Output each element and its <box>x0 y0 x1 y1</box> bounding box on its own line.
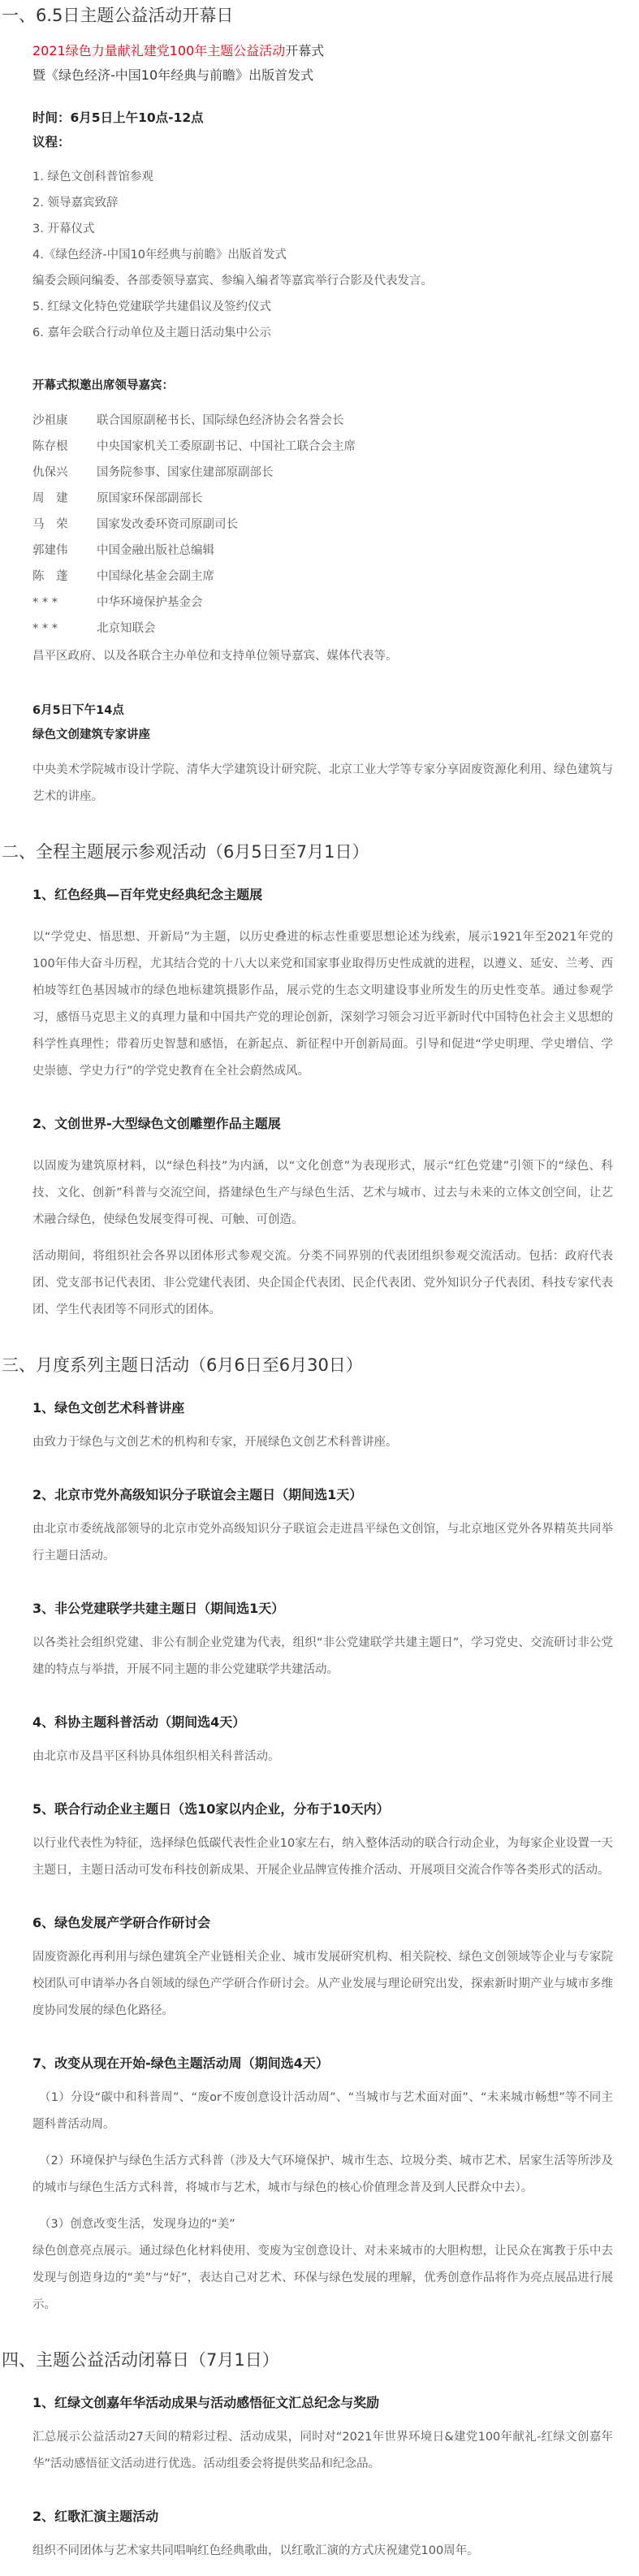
agenda-item-note: 编委会顾问编委、各部委领导嘉宾、参编入编者等嘉宾举行合影及代表发言。 <box>32 268 613 294</box>
theme-day-title: 6、绿色发展产学研合作研讨会 <box>32 1912 613 1934</box>
guest-row: 郭建伟中国金融出版社总编辑 <box>32 538 613 564</box>
agenda-list: 1. 绿色文创科普馆参观 2. 领导嘉宾致辞 3. 开幕仪式 4.《绿色经济-中… <box>32 164 613 346</box>
section-4-heading: 四、主题公益活动闭幕日（7月1日） <box>0 2346 639 2374</box>
closing-item-paragraph: 汇总展示公益活动27天间的精彩过程、活动成果，同时对“2021年世界环境日&建党… <box>32 2424 613 2478</box>
theme-day-title: 3、非公党建联学共建主题日（期间选1天） <box>32 1597 613 1620</box>
theme-day-paragraph: 以各类社会组织党建、非公有制企业党建为代表，组织“非公党建联学共建主题日”，学习… <box>32 1630 613 1683</box>
guests-note: 昌平区政府、以及各联合主办单位和支持单位领导嘉宾、媒体代表等。 <box>32 642 613 671</box>
event-title: 2021绿色力量献礼建党100年主题公益活动开幕式 <box>32 39 613 63</box>
exhibit-paragraph: 以“学党史、悟思想、开新局”为主题，以历史叠进的标志性重要思想论述为线索，展示1… <box>32 924 613 1085</box>
agenda-item: 2. 领导嘉宾致辞 <box>32 190 613 216</box>
section-3-heading: 三、月度系列主题日活动（6月6日至6月30日） <box>0 1351 639 1379</box>
agenda-label: 议程： <box>32 130 613 154</box>
guest-title: 原国家环保部副部长 <box>97 486 613 512</box>
theme-day-paragraph: 由北京市及昌平区科协具体组织相关科普活动。 <box>32 1744 613 1770</box>
guest-row: 仇保兴国务院参事、国家住建部原副部长 <box>32 460 613 486</box>
theme-day-paragraph: 由致力于绿色与文创艺术的机构和专家，开展绿色文创艺术科普讲座。 <box>32 1429 613 1456</box>
guest-title: 联合国原副秘书长、国际绿色经济协会名誉会长 <box>97 408 613 434</box>
guest-title: 国家发改委环资司原副司长 <box>97 512 613 538</box>
exhibit-paragraph: 以固废为建筑原材料，以“绿色科技”为内涵，以“文化创意”为表现形式，展示“红色党… <box>32 1153 613 1234</box>
event-subtitle: 暨《绿色经济-中国10年经典与前瞻》出版首发式 <box>32 63 613 88</box>
guest-name: * * * <box>32 590 97 616</box>
guest-name: 仇保兴 <box>32 460 97 486</box>
guest-title: 中华环境保护基金会 <box>97 590 613 616</box>
guest-title: 国务院参事、国家住建部原副部长 <box>97 460 613 486</box>
exhibit-title: 2、文创世界-大型绿色文创雕塑作品主题展 <box>32 1113 613 1135</box>
guest-row: * * *北京知联会 <box>32 616 613 642</box>
closing-item-title: 2、红歌汇演主题活动 <box>32 2505 613 2528</box>
guest-row: 陈 蓬中国绿化基金会副主席 <box>32 564 613 590</box>
theme-day-title: 4、科协主题科普活动（期间选4天） <box>32 1711 613 1734</box>
guest-name: 沙祖康 <box>32 408 97 434</box>
exhibit-paragraph: 活动期间，将组织社会各界以团体形式参观交流。分类不同界别的代表团组织参观交流活动… <box>32 1243 613 1324</box>
afternoon-desc: 中央美术学院城市设计学院、清华大学建筑设计研究院、北京工业大学等专家分享固废资源… <box>32 757 613 810</box>
theme-week-sub-1: （1）分设“碳中和科普周”、“废or不废创意设计活动周”、“当城市与艺术面对面”… <box>32 2085 613 2138</box>
guest-name: * * * <box>32 616 97 642</box>
closing-item-paragraph: 组织不同团体与艺术家共同唱响红色经典歌曲，以红歌汇演的方式庆祝建党100周年。 <box>32 2538 613 2565</box>
event-title-highlight: 2021绿色力量献礼建党100年主题公益活动 <box>32 43 285 58</box>
section-3-body: 1、绿色文创艺术科普讲座 由致力于绿色与文创艺术的机构和专家，开展绿色文创艺术科… <box>0 1397 639 2319</box>
guest-title: 北京知联会 <box>97 616 613 642</box>
agenda-item: 1. 绿色文创科普馆参观 <box>32 164 613 190</box>
section-2-heading: 二、全程主题展示参观活动（6月5日至7月1日） <box>0 838 639 866</box>
guest-list: 沙祖康联合国原副秘书长、国际绿色经济协会名誉会长 陈存根中央国家机关工委原副书记… <box>32 408 613 642</box>
guest-row: 周 建原国家环保部副部长 <box>32 486 613 512</box>
theme-week-sub-3-title: （3）创意改变生活，发现身边的“美” <box>32 2211 613 2238</box>
guest-name: 周 建 <box>32 486 97 512</box>
theme-day-paragraph: 固废资源化再利用与绿色建筑全产业链相关企业、城市发展研究机构、相关院校、绿色文创… <box>32 1944 613 2025</box>
theme-day-title: 5、联合行动企业主题日（选10家以内企业，分布于10天内） <box>32 1798 613 1821</box>
theme-week-sub-3-body: 绿色创意亮点展示。通过绿色化材料使用、变废为宝创意设计、对未来城市的大胆构想，让… <box>32 2238 613 2319</box>
exhibit-title: 1、红色经典—百年党史经典纪念主题展 <box>32 884 613 906</box>
theme-day-title: 1、绿色文创艺术科普讲座 <box>32 1397 613 1420</box>
theme-day-paragraph: 由北京市委统战部领导的北京市党外高级知识分子联谊会走进昌平绿色文创馆，与北京地区… <box>32 1516 613 1570</box>
section-1-heading: 一、6.5日主题公益活动开幕日 <box>0 2 639 29</box>
guest-row: 陈存根中央国家机关工委原副书记、中国社工联合会主席 <box>32 434 613 460</box>
theme-week-sub-2: （2）环境保护与绿色生活方式科普（涉及大气环境保护、城市生态、垃圾分类、城市艺术… <box>32 2148 613 2202</box>
guest-name: 陈存根 <box>32 434 97 460</box>
guest-row: 马 荣国家发改委环资司原副司长 <box>32 512 613 538</box>
event-title-suffix: 开幕式 <box>285 43 324 58</box>
agenda-item: 4.《绿色经济-中国10年经典与前瞻》出版首发式 <box>32 242 613 268</box>
agenda-item: 5. 红绿文化特色党建联学共建倡议及签约仪式 <box>32 294 613 320</box>
guests-label: 开幕式拟邀出席领导嘉宾： <box>32 374 613 398</box>
guest-title: 中国金融出版社总编辑 <box>97 538 613 564</box>
guest-name: 郭建伟 <box>32 538 97 564</box>
section-4-body: 1、红绿文创嘉年华活动成果与活动感悟征文汇总纪念与奖励 汇总展示公益活动27天间… <box>0 2392 639 2565</box>
theme-day-paragraph: 以行业代表性为特征，选择绿色低碳代表性企业10家左右，纳入整体活动的联合行动企业… <box>32 1830 613 1884</box>
guest-title: 中国绿化基金会副主席 <box>97 564 613 590</box>
afternoon-title: 绿色文创建筑专家讲座 <box>32 723 613 747</box>
section-1-body: 2021绿色力量献礼建党100年主题公益活动开幕式 暨《绿色经济-中国10年经典… <box>0 39 639 810</box>
guest-title: 中央国家机关工委原副书记、中国社工联合会主席 <box>97 434 613 460</box>
theme-week-title: 7、改变从现在开始-绿色主题活动周（期间选4天） <box>32 2052 613 2075</box>
guest-name: 陈 蓬 <box>32 564 97 590</box>
section-2-body: 1、红色经典—百年党史经典纪念主题展 以“学党史、悟思想、开新局”为主题，以历史… <box>0 884 639 1324</box>
afternoon-time: 6月5日下午14点 <box>32 698 613 723</box>
document-page: 一、6.5日主题公益活动开幕日 2021绿色力量献礼建党100年主题公益活动开幕… <box>0 2 639 2576</box>
guest-row: 沙祖康联合国原副秘书长、国际绿色经济协会名誉会长 <box>32 408 613 434</box>
theme-day-title: 2、北京市党外高级知识分子联谊会主题日（期间选1天） <box>32 1484 613 1506</box>
guest-name: 马 荣 <box>32 512 97 538</box>
agenda-item: 6. 嘉年会联合行动单位及主题日活动集中公示 <box>32 320 613 346</box>
agenda-item: 3. 开幕仪式 <box>32 216 613 242</box>
event-time: 时间：6月5日上午10点-12点 <box>32 106 613 130</box>
guest-row: * * *中华环境保护基金会 <box>32 590 613 616</box>
closing-item-title: 1、红绿文创嘉年华活动成果与活动感悟征文汇总纪念与奖励 <box>32 2392 613 2414</box>
